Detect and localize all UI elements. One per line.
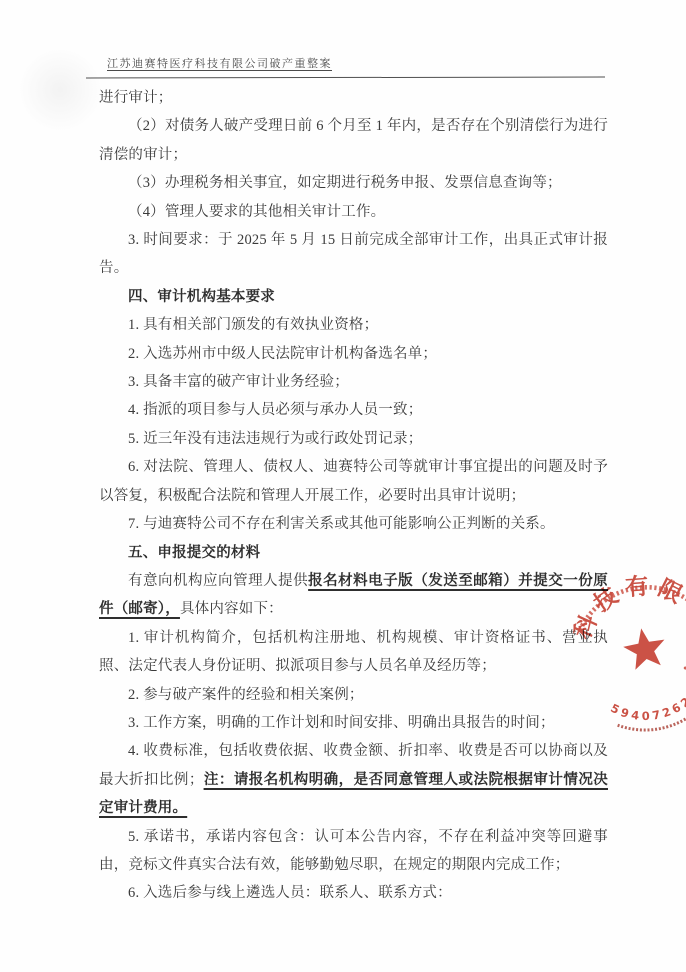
paragraph: 5. 近三年没有违法违规行为或行政处罚记录； xyxy=(99,425,608,453)
paragraph: 3. 时间要求：于 2025 年 5 月 15 日前完成全部审计工作，出具正式审… xyxy=(99,226,608,283)
text-segment: 6. 入选后参与线上遴选人员：联系人、联系方式： xyxy=(128,885,452,901)
paragraph: 有意向机构应向管理人提供报名材料电子版（发送至邮箱）并提交一份原件（邮寄），具体… xyxy=(99,567,608,624)
text-segment: （3）办理税务相关事宜，如定期进行税务申报、发票信息查询等； xyxy=(128,175,562,191)
text-segment: （2）对债务人破产受理日前 6 个月至 1 年内，是否存在个别清偿行为进行清偿的… xyxy=(99,118,608,162)
text-segment: 五、申报提交的材料 xyxy=(128,545,260,561)
paragraph: 6. 对法院、管理人、债权人、迪赛特公司等就审计事宜提出的问题及时予以答复，积极… xyxy=(99,453,608,510)
seal-serial-number: 594072620 xyxy=(606,684,686,730)
document-body: 进行审计；（2）对债务人破产受理日前 6 个月至 1 年内，是否存在个别清偿行为… xyxy=(99,84,608,908)
text-segment: 6. 对法院、管理人、债权人、迪赛特公司等就审计事宜提出的问题及时予以答复，积极… xyxy=(99,459,608,503)
paragraph: （4）管理人要求的其他相关审计工作。 xyxy=(99,198,608,226)
paragraph: 6. 入选后参与线上遴选人员：联系人、联系方式： xyxy=(99,879,608,907)
paragraph: 7. 与迪赛特公司不存在利害关系或其他可能影响公正判断的关系。 xyxy=(99,510,608,538)
seal-microtext-bottom-icon xyxy=(618,711,686,735)
header-rule xyxy=(86,77,605,79)
text-segment: 7. 与迪赛特公司不存在利害关系或其他可能影响公正判断的关系。 xyxy=(128,516,555,532)
text-segment: （4）管理人要求的其他相关审计工作。 xyxy=(128,204,385,220)
paragraph: 2. 入选苏州市中级人民法院审计机构备选名单； xyxy=(99,340,608,368)
seal-star-icon xyxy=(621,625,669,671)
paragraph: 3. 具备丰富的破产审计业务经验； xyxy=(99,368,608,396)
paragraph: 1. 审计机构简介，包括机构注册地、机构规模、审计资格证书、营业执照、法定代表人… xyxy=(99,624,608,681)
paragraph: （2）对债务人破产受理日前 6 个月至 1 年内，是否存在个别清偿行为进行清偿的… xyxy=(99,112,608,169)
paragraph: 4. 收费标准，包括收费依据、收费金额、折扣率、收费是否可以协商以及最大折扣比例… xyxy=(99,737,608,822)
text-segment: 具体内容如下： xyxy=(180,601,283,617)
text-segment: 进行审计； xyxy=(99,90,173,106)
text-segment: 3. 时间要求：于 2025 年 5 月 15 日前完成全部审计工作，出具正式审… xyxy=(99,232,608,276)
document-page: 江苏迪赛特医疗科技有限公司破产重整案 进行审计；（2）对债务人破产受理日前 6 … xyxy=(0,0,686,972)
text-segment: 3. 具备丰富的破产审计业务经验； xyxy=(128,374,349,390)
paragraph: 3. 工作方案，明确的工作计划和时间安排、明确出具报告的时间； xyxy=(99,709,608,737)
paragraph: 5. 承诺书，承诺内容包含：认可本公告内容，不存在利益冲突等回避事由，竞标文件真… xyxy=(99,823,608,880)
paragraph: （3）办理税务相关事宜，如定期进行税务申报、发票信息查询等； xyxy=(99,169,608,197)
section-heading: 四、审计机构基本要求 xyxy=(99,283,608,311)
text-segment: 有意向机构应向管理人提供 xyxy=(128,573,308,589)
text-segment: 3. 工作方案，明确的工作计划和时间安排、明确出具报告的时间； xyxy=(128,715,555,731)
text-segment: 2. 入选苏州市中级人民法院审计机构备选名单； xyxy=(128,346,437,362)
section-heading: 五、申报提交的材料 xyxy=(99,539,608,567)
paragraph: 2. 参与破产案件的经验和相关案例； xyxy=(99,681,608,709)
paragraph: 4. 指派的项目参与人员必须与承办人员一致； xyxy=(99,396,608,424)
text-segment: 5. 近三年没有违法违规行为或行政处罚记录； xyxy=(128,431,422,447)
text-segment: 1. 审计机构简介，包括机构注册地、机构规模、审计资格证书、营业执照、法定代表人… xyxy=(99,630,608,674)
running-header-title: 江苏迪赛特医疗科技有限公司破产重整案 xyxy=(107,55,332,71)
svg-text:594072620: 594072620 xyxy=(606,684,686,730)
text-segment: 四、审计机构基本要求 xyxy=(128,289,275,305)
text-segment: 5. 承诺书，承诺内容包含：认可本公告内容，不存在利益冲突等回避事由，竞标文件真… xyxy=(99,829,608,873)
text-segment: 1. 具有相关部门颁发的有效执业资格； xyxy=(128,317,378,333)
text-segment: 2. 参与破产案件的经验和相关案例； xyxy=(128,687,364,703)
text-segment: 4. 指派的项目参与人员必须与承办人员一致； xyxy=(128,402,422,418)
paragraph: 1. 具有相关部门颁发的有效执业资格； xyxy=(99,311,608,339)
paragraph: 进行审计； xyxy=(99,84,608,112)
